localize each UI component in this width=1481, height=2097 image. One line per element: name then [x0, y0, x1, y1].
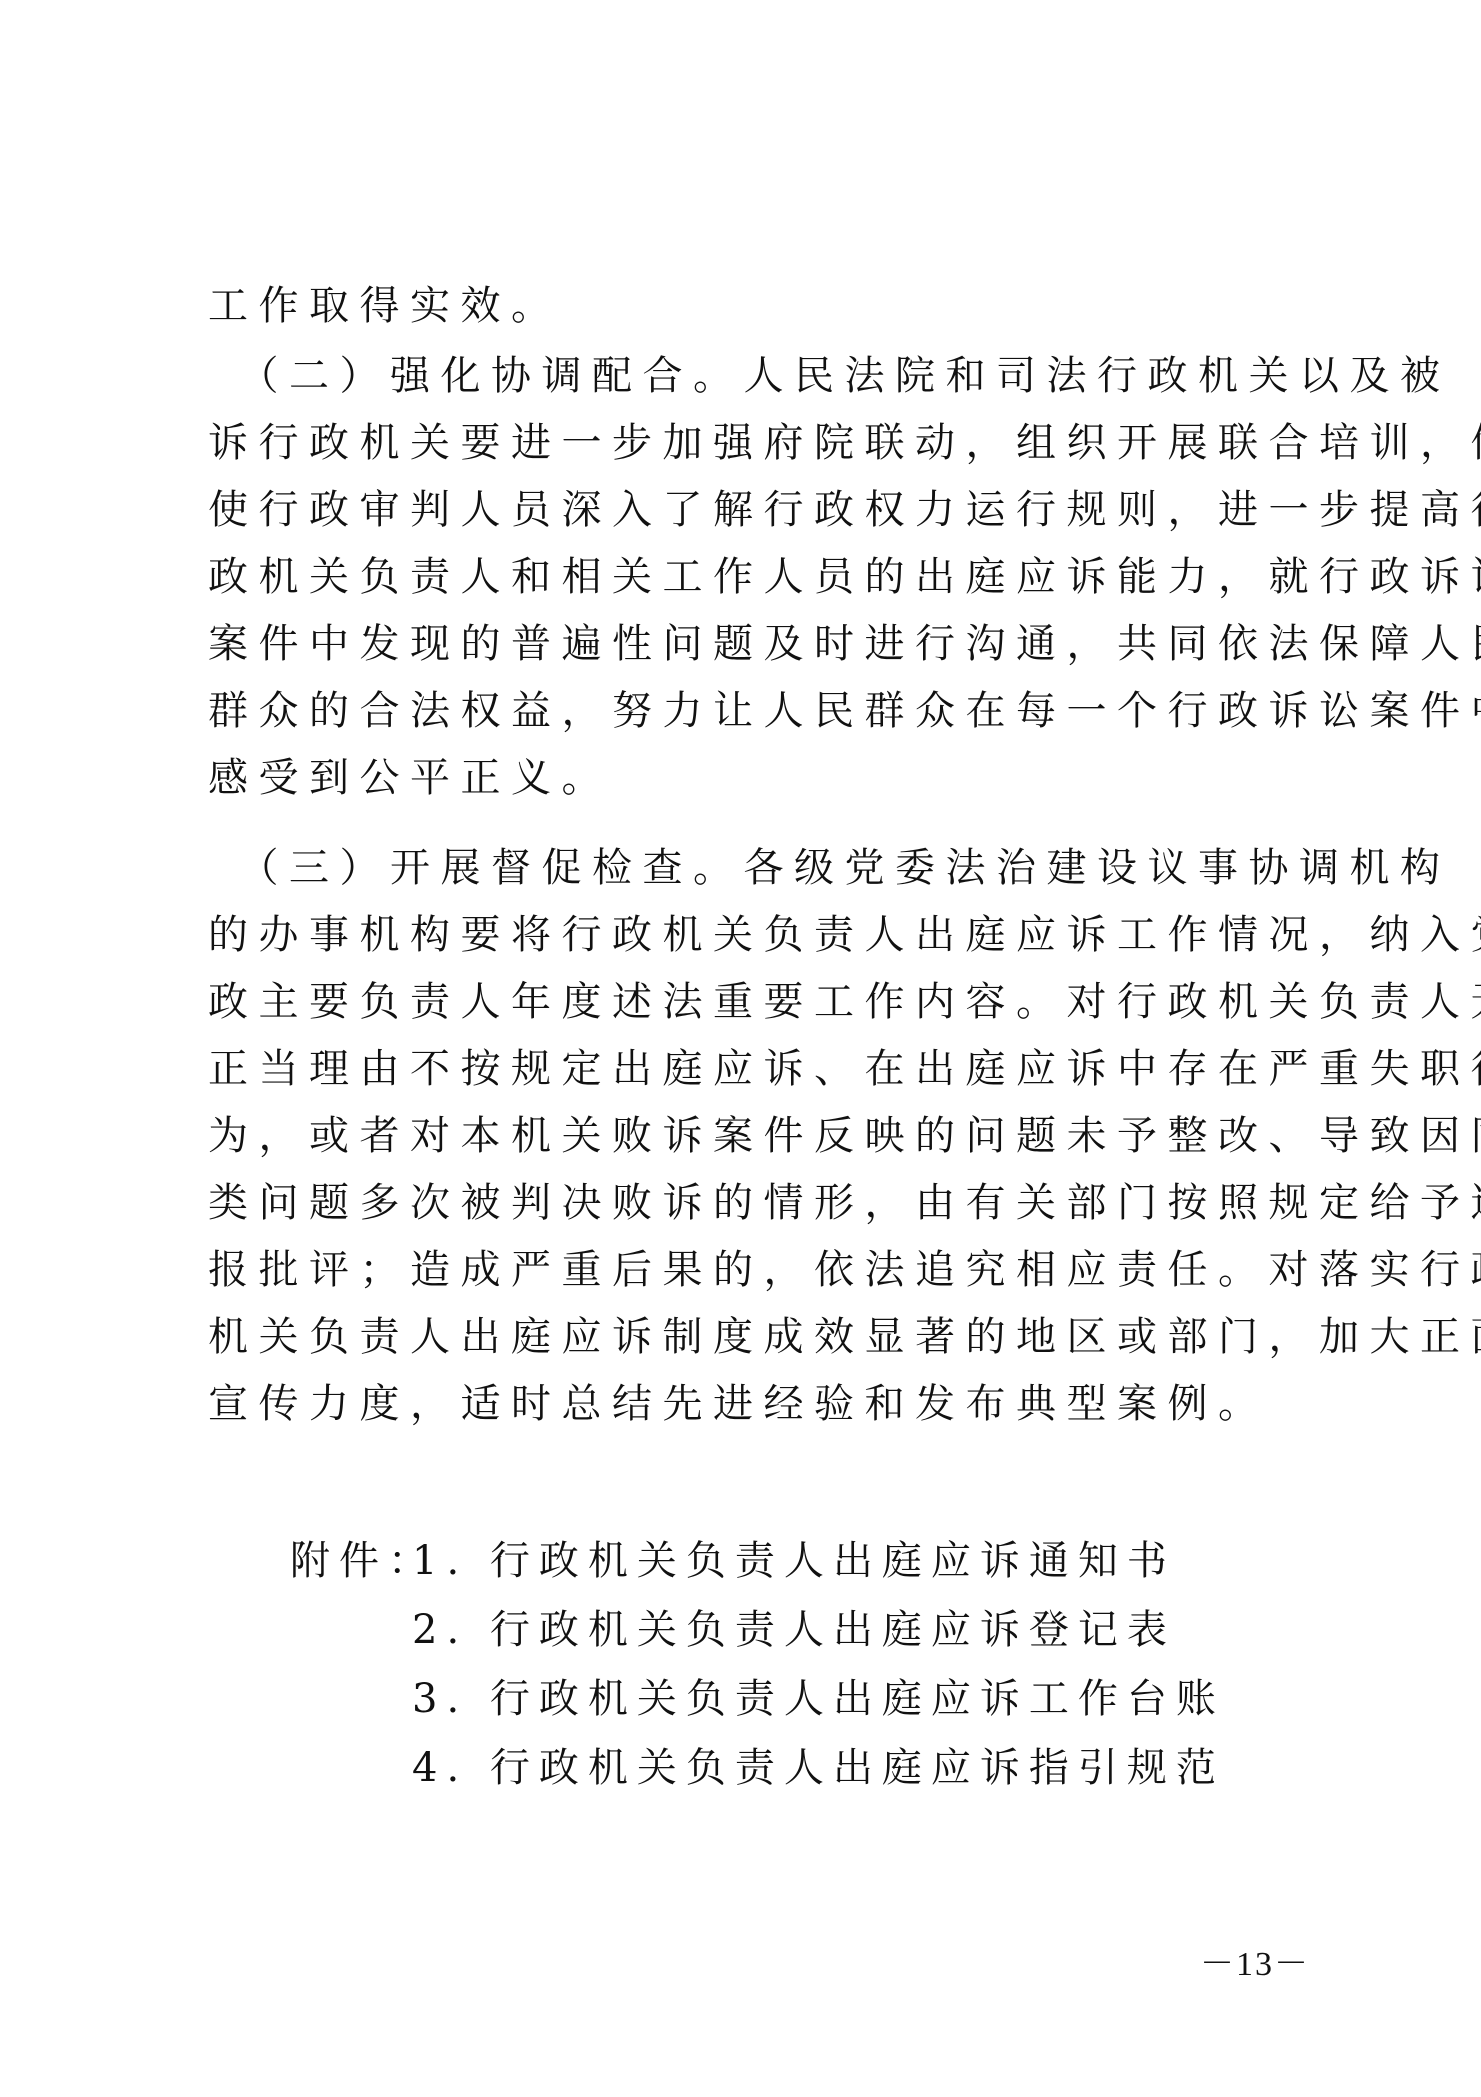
- attachment-item: 4. 行政机关负责人出庭应诉指引规范: [412, 1744, 1225, 1792]
- paragraph-line: 为，或者对本机关败诉案件反映的问题未予整改、导致因同: [208, 1112, 1288, 1160]
- paragraph-line: 案件中发现的普遍性问题及时进行沟通，共同依法保障人民: [208, 620, 1288, 668]
- paragraph-line: 报批评；造成严重后果的，依法追究相应责任。对落实行政: [208, 1246, 1288, 1294]
- attachment-item: 2. 行政机关负责人出庭应诉登记表: [412, 1606, 1176, 1654]
- document-page: 工作取得实效。 （二）强化协调配合。人民法院和司法行政机关以及被 诉行政机关要进…: [0, 0, 1481, 2097]
- paragraph-line: 的办事机构要将行政机关负责人出庭应诉工作情况，纳入党: [208, 911, 1288, 959]
- paragraph-line: 群众的合法权益，努力让人民群众在每一个行政诉讼案件中: [208, 687, 1288, 735]
- attachment-item: 3. 行政机关负责人出庭应诉工作台账: [412, 1675, 1225, 1723]
- paragraph-line: 政主要负责人年度述法重要工作内容。对行政机关负责人无: [208, 978, 1288, 1026]
- paragraph-line: 工作取得实效。: [208, 282, 1288, 330]
- attachment-item: 1. 行政机关负责人出庭应诉通知书: [412, 1537, 1176, 1585]
- page-number: －13－: [1200, 1945, 1310, 1985]
- paragraph-line: 政机关负责人和相关工作人员的出庭应诉能力，就行政诉讼: [208, 553, 1288, 601]
- paragraph-line: 使行政审判人员深入了解行政权力运行规则，进一步提高行: [208, 486, 1288, 534]
- paragraph-line: 正当理由不按规定出庭应诉、在出庭应诉中存在严重失职行: [208, 1045, 1288, 1093]
- paragraph-line: 机关负责人出庭应诉制度成效显著的地区或部门，加大正面: [208, 1313, 1288, 1361]
- paragraph-line: 宣传力度，适时总结先进经验和发布典型案例。: [208, 1380, 1288, 1428]
- paragraph-line: 感受到公平正义。: [208, 754, 1288, 802]
- section-heading-line: （二）强化协调配合。人民法院和司法行政机关以及被: [208, 352, 1288, 400]
- paragraph-line: 诉行政机关要进一步加强府院联动，组织开展联合培训，促: [208, 419, 1288, 467]
- paragraph-line: 类问题多次被判决败诉的情形，由有关部门按照规定给予通: [208, 1179, 1288, 1227]
- section-heading-line: （三）开展督促检查。各级党委法治建设议事协调机构: [208, 844, 1288, 892]
